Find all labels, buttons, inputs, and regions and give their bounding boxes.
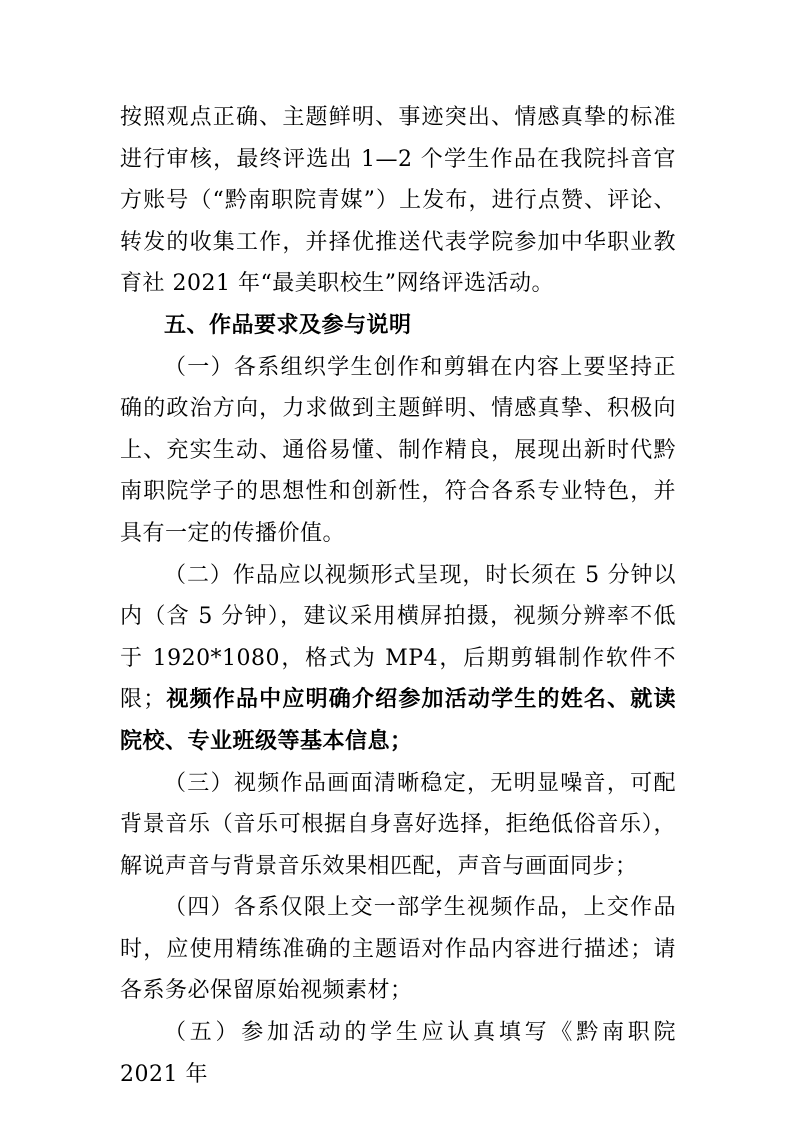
paragraph-item-three: （三）视频作品画面清晰稳定，无明显噪音，可配背景音乐（音乐可根据自身喜好选择，拒… — [120, 763, 676, 888]
document-body: 按照观点正确、主题鲜明、事迹突出、情感真挚的标准进行审核，最终评选出 1—2 个… — [120, 97, 676, 1095]
paragraph-review-process: 按照观点正确、主题鲜明、事迹突出、情感真挚的标准进行审核，最终评选出 1—2 个… — [120, 97, 676, 305]
document-page: 按照观点正确、主题鲜明、事迹突出、情感真挚的标准进行审核，最终评选出 1—2 个… — [0, 0, 793, 1122]
section-heading-five: 五、作品要求及参与说明 — [120, 305, 676, 347]
paragraph-item-one: （一）各系组织学生创作和剪辑在内容上要坚持正确的政治方向，力求做到主题鲜明、情感… — [120, 347, 676, 555]
paragraph-item-five: （五）参加活动的学生应认真填写《黔南职院 2021 年 — [120, 1012, 676, 1095]
paragraph-item-four: （四）各系仅限上交一部学生视频作品，上交作品时，应使用精练准确的主题语对作品内容… — [120, 887, 676, 1012]
paragraph-item-two: （二）作品应以视频形式呈现，时长须在 5 分钟以内（含 5 分钟），建议采用横屏… — [120, 555, 676, 763]
paragraph-item-two-bold-run: 视频作品中应明确介绍参加活动学生的姓名、就读院校、专业班级等基本信息； — [120, 686, 676, 754]
